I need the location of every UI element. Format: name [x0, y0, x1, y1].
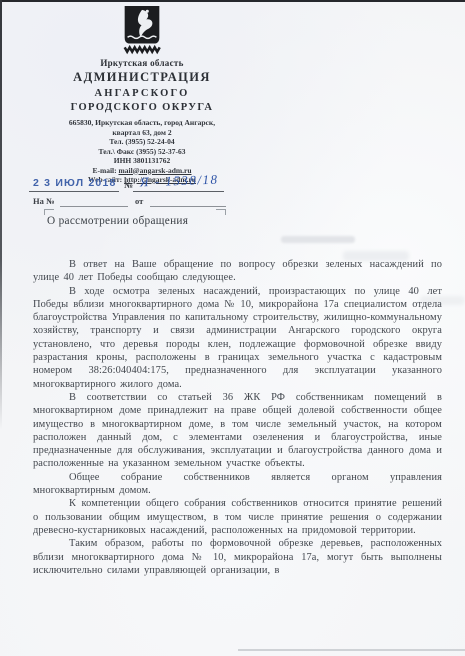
letter-body: В ответ на Ваше обращение по вопросу обр…: [33, 258, 442, 577]
date-stamp: 2 3 ИЮЛ 2018: [33, 177, 117, 189]
paragraph: В ответ на Ваше обращение по вопросу обр…: [33, 258, 442, 285]
email-label: E-mail:: [92, 166, 116, 175]
paragraph: К компетенции общего собрания собственни…: [33, 497, 442, 537]
org-name-line2: АНГАРСКОГО: [26, 88, 258, 99]
org-name-line1: АДМИНИСТРАЦИЯ: [26, 70, 258, 85]
org-name-line3: ГОРОДСКОГО ОКРУГА: [26, 102, 258, 113]
scan-edge-bottom: [238, 649, 465, 651]
paragraph: Таким образом, работы по формовочной обр…: [33, 537, 442, 577]
inn: ИНН 3801131762: [26, 156, 258, 166]
coat-of-arms-icon: [26, 5, 258, 57]
paragraph: Общее собрание собственников является ор…: [33, 471, 442, 498]
postal-address-line1: 665830, Иркутская область, город Ангарск…: [26, 118, 258, 128]
number-underline: [133, 191, 224, 192]
phone: Тел. (3955) 52-24-04: [26, 137, 258, 147]
incoming-number-underline: [60, 206, 128, 207]
paragraph: В соответствии со статьей 36 ЖК РФ собст…: [33, 391, 442, 471]
incoming-date-underline: [150, 206, 226, 207]
paragraph: В ходе осмотра зеленых насаждений, произ…: [33, 285, 442, 391]
date-underline: [29, 191, 119, 192]
subject-line: О рассмотрении обращения: [47, 215, 188, 227]
incoming-number-label: На №: [33, 196, 55, 206]
phone-fax: Тел.\ Факс (3955) 52-37-63: [26, 147, 258, 157]
scan-edge-left: [0, 0, 2, 430]
postal-address-line2: квартал 63, дом 2: [26, 128, 258, 138]
region-name: Иркутская область: [26, 58, 258, 68]
scan-edge-top: [0, 0, 465, 2]
document-page: Иркутская область АДМИНИСТРАЦИЯ АНГАРСКО…: [0, 0, 465, 656]
addressee-zone-corner-right: [216, 209, 226, 215]
outgoing-number-label: №: [124, 180, 133, 190]
letterhead: Иркутская область АДМИНИСТРАЦИЯ АНГАРСКО…: [26, 5, 258, 185]
scan-artifact: [281, 236, 355, 243]
outgoing-number-handwritten: Я - 1538/18: [140, 172, 219, 191]
incoming-date-label: от: [135, 196, 143, 206]
